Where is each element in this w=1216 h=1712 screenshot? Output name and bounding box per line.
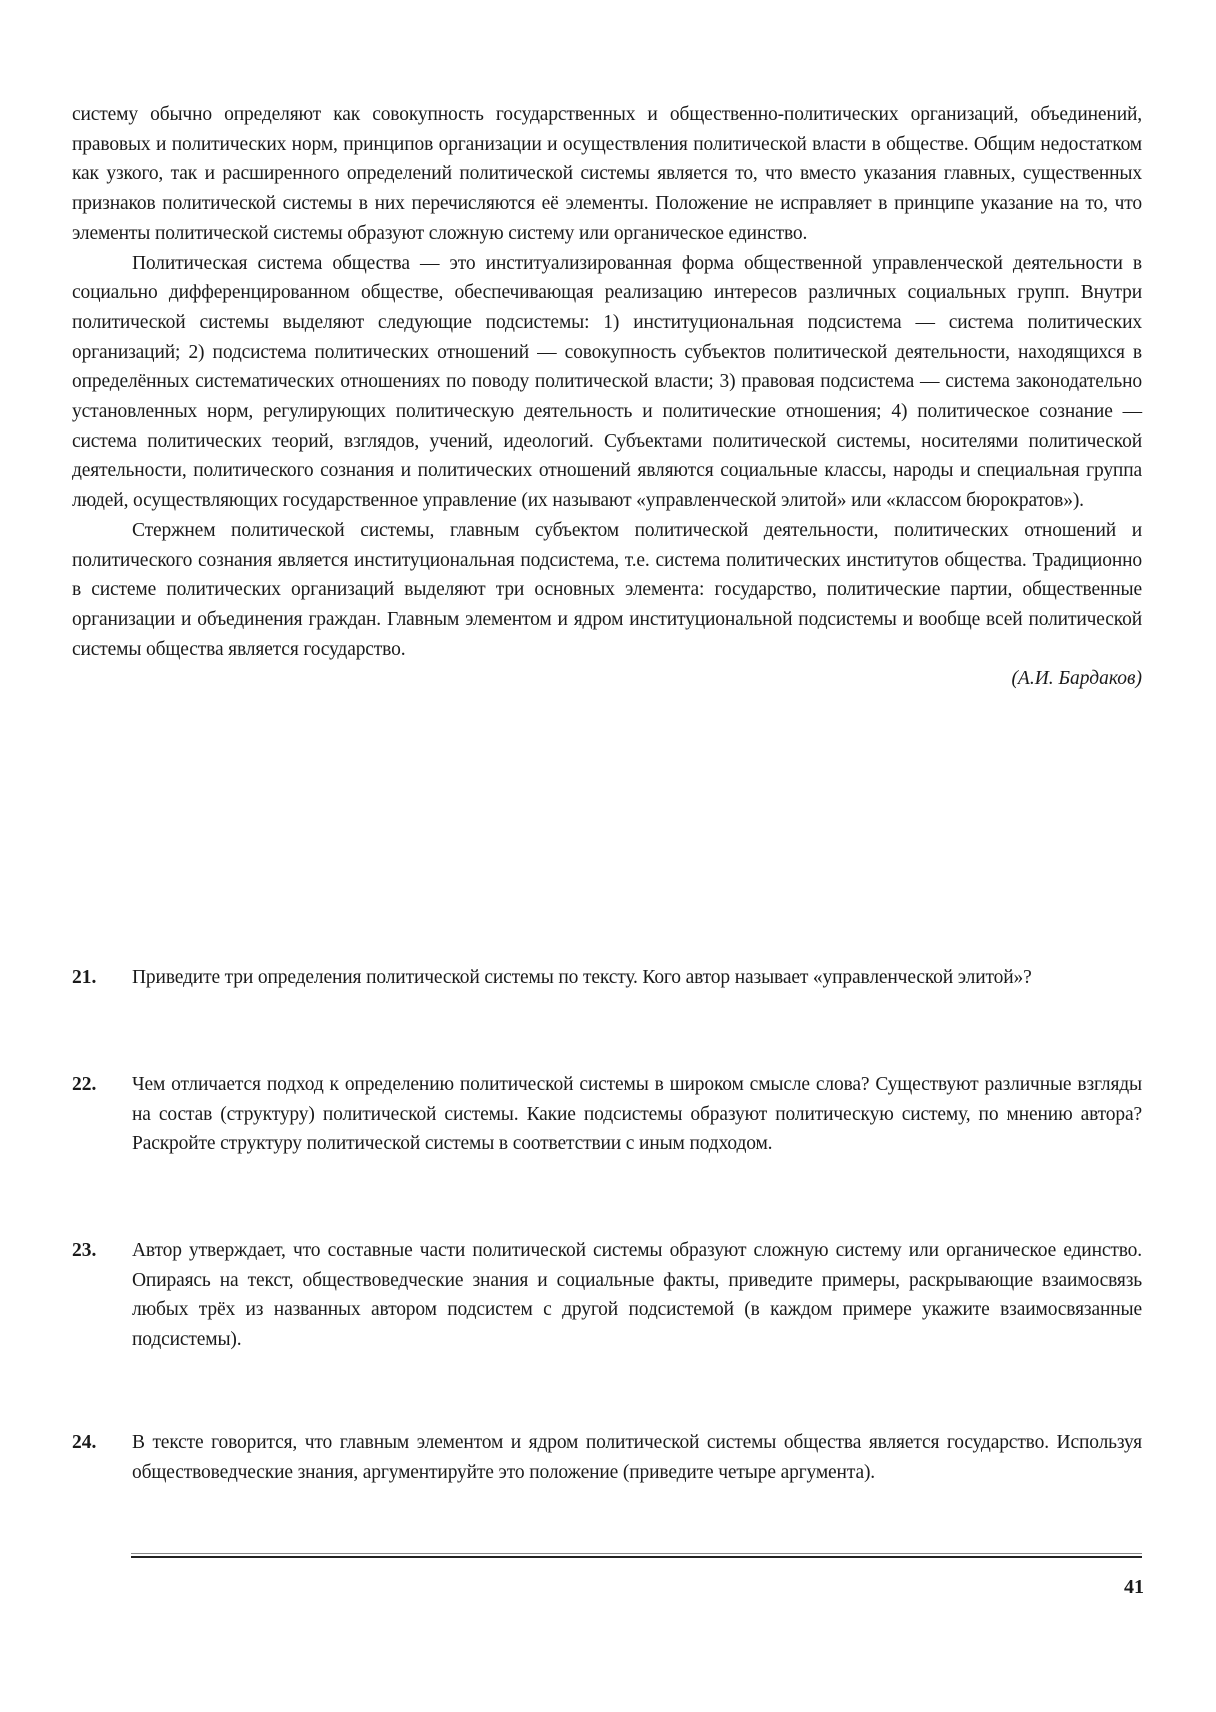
question-text: Чем отличается подход к определению поли… xyxy=(132,1070,1142,1159)
question-23: 23. Автор утверждает, что составные част… xyxy=(72,1236,1142,1355)
question-number: 24. xyxy=(72,1428,132,1487)
reading-passage: систему обычно определяют как совокупнос… xyxy=(72,100,1142,694)
question-22: 22. Чем отличается подход к определению … xyxy=(72,1070,1142,1159)
question-number: 22. xyxy=(72,1070,132,1159)
footer-rule-thin xyxy=(131,1553,1142,1554)
question-21: 21. Приведите три определения политическ… xyxy=(72,963,1142,993)
passage-paragraph: Политическая система общества — это инст… xyxy=(72,249,1142,516)
footer-rule-thick xyxy=(131,1556,1142,1558)
question-24: 24. В тексте говорится, что главным элем… xyxy=(72,1428,1142,1487)
question-text: В тексте говорится, что главным элементо… xyxy=(132,1428,1142,1487)
passage-paragraph: Стержнем политической системы, главным с… xyxy=(72,516,1142,665)
page-number: 41 xyxy=(1124,1576,1144,1599)
question-text: Приведите три определения политической с… xyxy=(132,963,1142,993)
question-number: 23. xyxy=(72,1236,132,1355)
passage-author: (А.И. Бардаков) xyxy=(72,664,1142,694)
question-text: Автор утверждает, что составные части по… xyxy=(132,1236,1142,1355)
question-number: 21. xyxy=(72,963,132,993)
passage-paragraph: систему обычно определяют как совокупнос… xyxy=(72,100,1142,249)
